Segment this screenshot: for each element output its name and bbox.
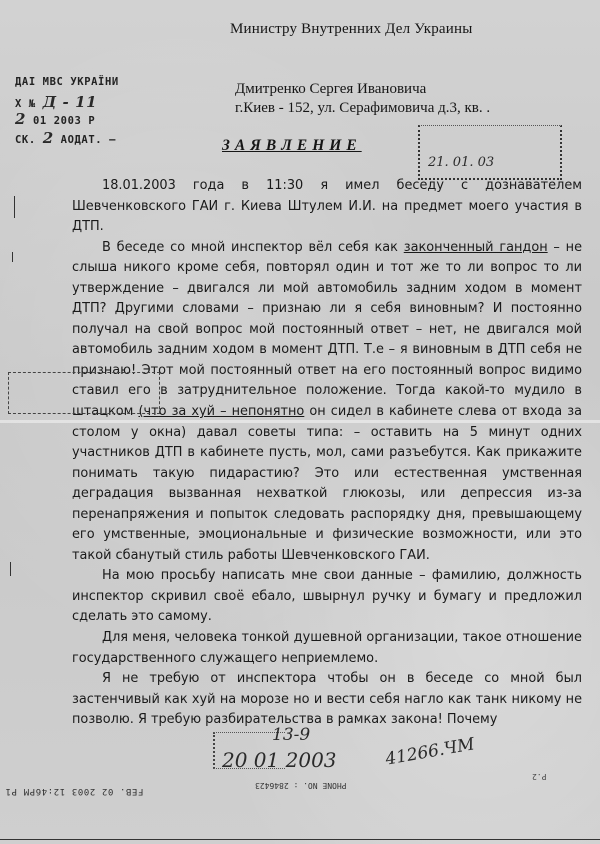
paragraph-4: Для меня, человека тонкой душевной орган… [72,628,582,669]
document-title: ЗАЯВЛЕНИЕ [222,137,362,155]
stamp-number-handwritten: Д - 11 [43,93,97,111]
sender-name: Дмитренко Сергея Ивановича [235,81,426,98]
registration-stamp-line-4: СК. 2 АОДАТ. — [15,129,116,147]
addressee-line: Министру Внутренних Дел Украины [230,21,473,38]
paragraph-2-text-c: он сидел в кабинете слева от входа за ст… [72,404,582,563]
stamp-month: 01 [26,115,54,127]
stamp-number-label: Х № [15,98,43,110]
received-stamp-box [418,125,562,180]
registration-stamp-line-3: 2 01 2003 Р [15,110,95,128]
stamp-year: 2003 Р [54,115,96,127]
stamp-count-handwritten: 2 [43,129,54,147]
paragraph-5: Я не требую от инспектора чтобы он в бес… [72,669,582,731]
margin-mark [10,562,11,576]
paragraph-3: На мою просьбу написать мне свои данные … [72,566,582,628]
margin-mark [14,196,15,218]
margin-mark [12,252,13,262]
handwritten-number: 13-9 [272,725,310,745]
paragraph-2-underlined-a: законченный гандон [404,240,548,255]
paragraph-2-underlined-b: (что за хуй – непонятно [138,404,304,419]
statement-body: 18.01.2003 года в 11:30 я имел беседу с … [72,176,582,731]
stamp-count-label: СК. [15,134,43,146]
dotted-margin-annotation [8,372,160,414]
paragraph-1: 18.01.2003 года в 11:30 я имел беседу с … [72,176,582,238]
stamp-day-handwritten: 2 [15,110,26,128]
sender-address: г.Киев - 152, ул. Серафимовича д.3, кв. … [235,100,490,117]
fax-page-number: P.2 [532,772,546,781]
paragraph-2-text-a: В беседе со мной инспектор вёл себя как [102,240,404,255]
page-bottom-edge [0,839,600,840]
registration-stamp-line-1: ДАІ МВС УКРАЇНИ [15,76,119,88]
registration-stamp-line-2: Х № Д - 11 [15,93,97,111]
stamp-count-suffix: АОДАТ. — [54,134,116,146]
fax-phone-number: PHONE NO. : 2846423 [255,781,347,790]
fax-transmission-header: FEB. 02 2003 12:46PM P1 [5,786,143,796]
handwritten-date: 20 01 2003 [222,748,337,772]
received-date-handwritten: 21. 01. 03 [428,155,494,170]
